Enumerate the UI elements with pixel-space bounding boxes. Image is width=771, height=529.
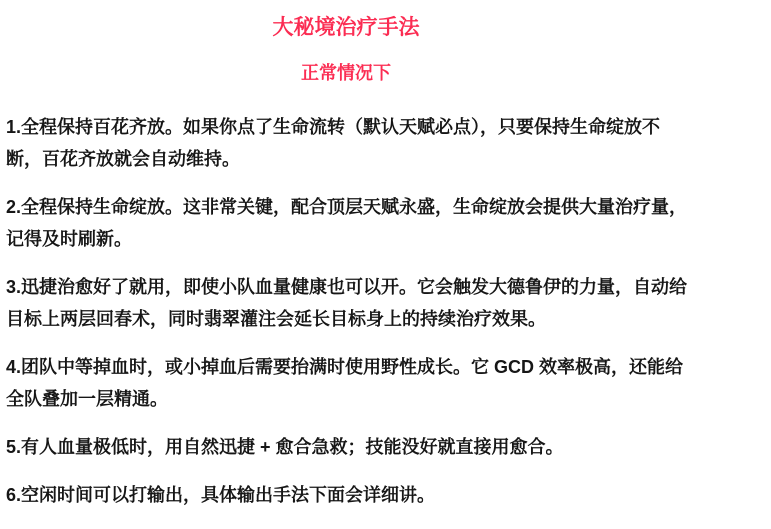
tip-item-1: 1.全程保持百花齐放。如果你点了生命流转（默认天赋必点），只要保持生命绽放不 断…	[6, 111, 692, 175]
tip-1-line-2: 断，百花齐放就会自动维持。	[6, 143, 692, 175]
article-content: 大秘境治疗手法 正常情况下 1.全程保持百花齐放。如果你点了生命流转（默认天赋必…	[0, 0, 692, 511]
page-title: 大秘境治疗手法	[0, 0, 692, 43]
tip-2-line-2: 记得及时刷新。	[6, 223, 692, 255]
tip-4-line-2: 全队叠加一层精通。	[6, 383, 692, 415]
tip-3-line-2: 目标上两层回春术，同时翡翠灌注会延长目标身上的持续治疗效果。	[6, 303, 692, 335]
tip-item-6: 6.空闲时间可以打输出，具体输出手法下面会详细讲。	[6, 479, 692, 511]
article-body: 1.全程保持百花齐放。如果你点了生命流转（默认天赋必点），只要保持生命绽放不 断…	[0, 87, 692, 511]
tip-5-line-1: 5.有人血量极低时，用自然迅捷 + 愈合急救；技能没好就直接用愈合。	[6, 431, 692, 463]
section-subtitle: 正常情况下	[0, 43, 692, 87]
tip-item-5: 5.有人血量极低时，用自然迅捷 + 愈合急救；技能没好就直接用愈合。	[6, 431, 692, 463]
tip-item-4: 4.团队中等掉血时，或小掉血后需要抬满时使用野性成长。它 GCD 效率极高，还能…	[6, 351, 692, 415]
tip-1-line-1: 1.全程保持百花齐放。如果你点了生命流转（默认天赋必点），只要保持生命绽放不	[6, 111, 692, 143]
tip-item-3: 3.迅捷治愈好了就用，即使小队血量健康也可以开。它会触发大德鲁伊的力量，自动给 …	[6, 271, 692, 335]
tip-3-line-1: 3.迅捷治愈好了就用，即使小队血量健康也可以开。它会触发大德鲁伊的力量，自动给	[6, 271, 692, 303]
tip-4-line-1: 4.团队中等掉血时，或小掉血后需要抬满时使用野性成长。它 GCD 效率极高，还能…	[6, 351, 692, 383]
tip-6-line-1: 6.空闲时间可以打输出，具体输出手法下面会详细讲。	[6, 479, 692, 511]
tip-2-line-1: 2.全程保持生命绽放。这非常关键，配合顶层天赋永盛，生命绽放会提供大量治疗量，	[6, 191, 692, 223]
tip-item-2: 2.全程保持生命绽放。这非常关键，配合顶层天赋永盛，生命绽放会提供大量治疗量， …	[6, 191, 692, 255]
